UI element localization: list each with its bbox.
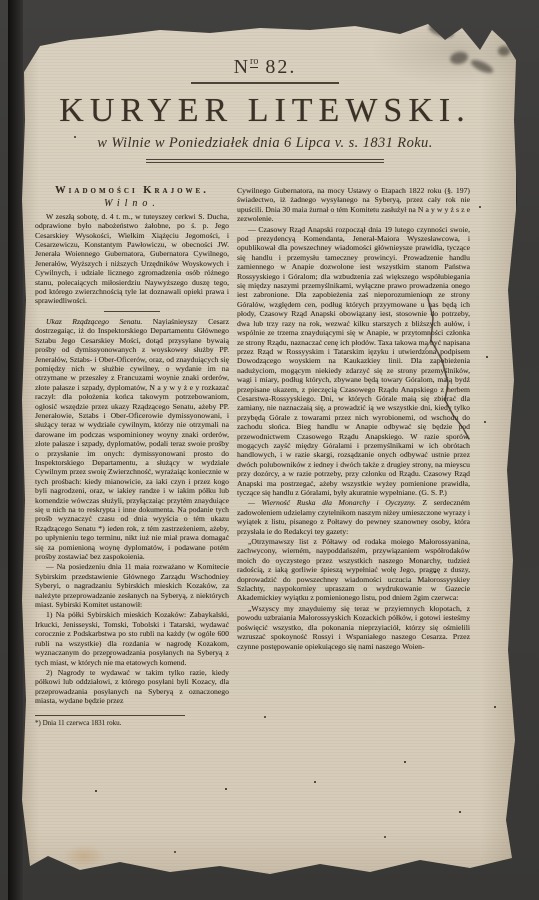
paragraph-lead: — Wierność Ruska dla Monarchy i Oyczyzny… bbox=[248, 498, 416, 507]
right-column: Cywilnego Gubernatora, na mocy Ustawy o … bbox=[237, 186, 470, 814]
place-heading: Wilno. bbox=[35, 199, 229, 208]
paragraph: Ukaz Rządzącego Senatu. Nayiaśnieyszy Ce… bbox=[35, 317, 229, 562]
paragraph-body: Nayiaśnieyszy Cesarz dostrzegaiąc, iż do… bbox=[35, 317, 229, 561]
paragraph-lead: Ukaz Rządzącego Senatu. bbox=[46, 317, 142, 326]
newspaper-page: Nro 82. KURYER LITEWSKI. w Wilnie w Poni… bbox=[14, 16, 516, 882]
paragraph-divider bbox=[104, 311, 160, 312]
newspaper-title: KURYER LITEWSKI. bbox=[14, 92, 516, 130]
paragraph: W zeszłą sobotę, d. 4 t. m., w tuteyszey… bbox=[35, 212, 229, 306]
paragraph: „Otrzymawszy list z Półtawy od rodaka mo… bbox=[237, 537, 470, 603]
paragraph: — Na posiedzeniu dnia 11 maia rozważano … bbox=[35, 562, 229, 609]
paragraph: „Wszyscy my znayduiemy się teraz w przyi… bbox=[237, 604, 470, 651]
tear-smudge bbox=[498, 46, 510, 56]
paragraph: 2) Nagrody te wydawać w takim tylko razi… bbox=[35, 668, 229, 706]
masthead-double-rule bbox=[146, 159, 384, 163]
paragraph: Cywilnego Gubernatora, na mocy Ustawy o … bbox=[237, 186, 470, 224]
issue-digits: 82. bbox=[258, 56, 296, 78]
paragraph: — Czasowy Rząd Anapski rozpoczął dnia 19… bbox=[237, 225, 470, 498]
footnote-rule bbox=[35, 715, 185, 716]
left-column: Wiadomości Krajowe. Wilno. W zeszłą sobo… bbox=[35, 186, 229, 814]
book-spine-edge bbox=[8, 0, 23, 900]
masthead-dateline: w Wilnie w Poniedziałek dnia 6 Lipca v. … bbox=[14, 135, 516, 152]
paragraph: 1) Na półki Sybirskich mieskich Kozaków:… bbox=[35, 610, 229, 666]
footnote-text: *) Dnia 11 czerwca 1831 roku. bbox=[35, 719, 229, 728]
masthead-rule bbox=[191, 82, 339, 84]
issue-prefix: N bbox=[234, 56, 250, 78]
article-columns: Wiadomości Krajowe. Wilno. W zeszłą sobo… bbox=[35, 186, 470, 814]
footnote-block: *) Dnia 11 czerwca 1831 roku. bbox=[35, 715, 229, 728]
masthead: Nro 82. KURYER LITEWSKI. w Wilnie w Poni… bbox=[14, 56, 516, 163]
section-heading: Wiadomości Krajowe. bbox=[35, 186, 229, 195]
issue-number: Nro 82. bbox=[14, 56, 516, 79]
scanned-newspaper-view: { "page": { "background_color": "#3a3937… bbox=[0, 0, 539, 900]
tear-smudge bbox=[427, 22, 455, 40]
paragraph: — Wierność Ruska dla Monarchy i Oyczyzny… bbox=[237, 498, 470, 536]
